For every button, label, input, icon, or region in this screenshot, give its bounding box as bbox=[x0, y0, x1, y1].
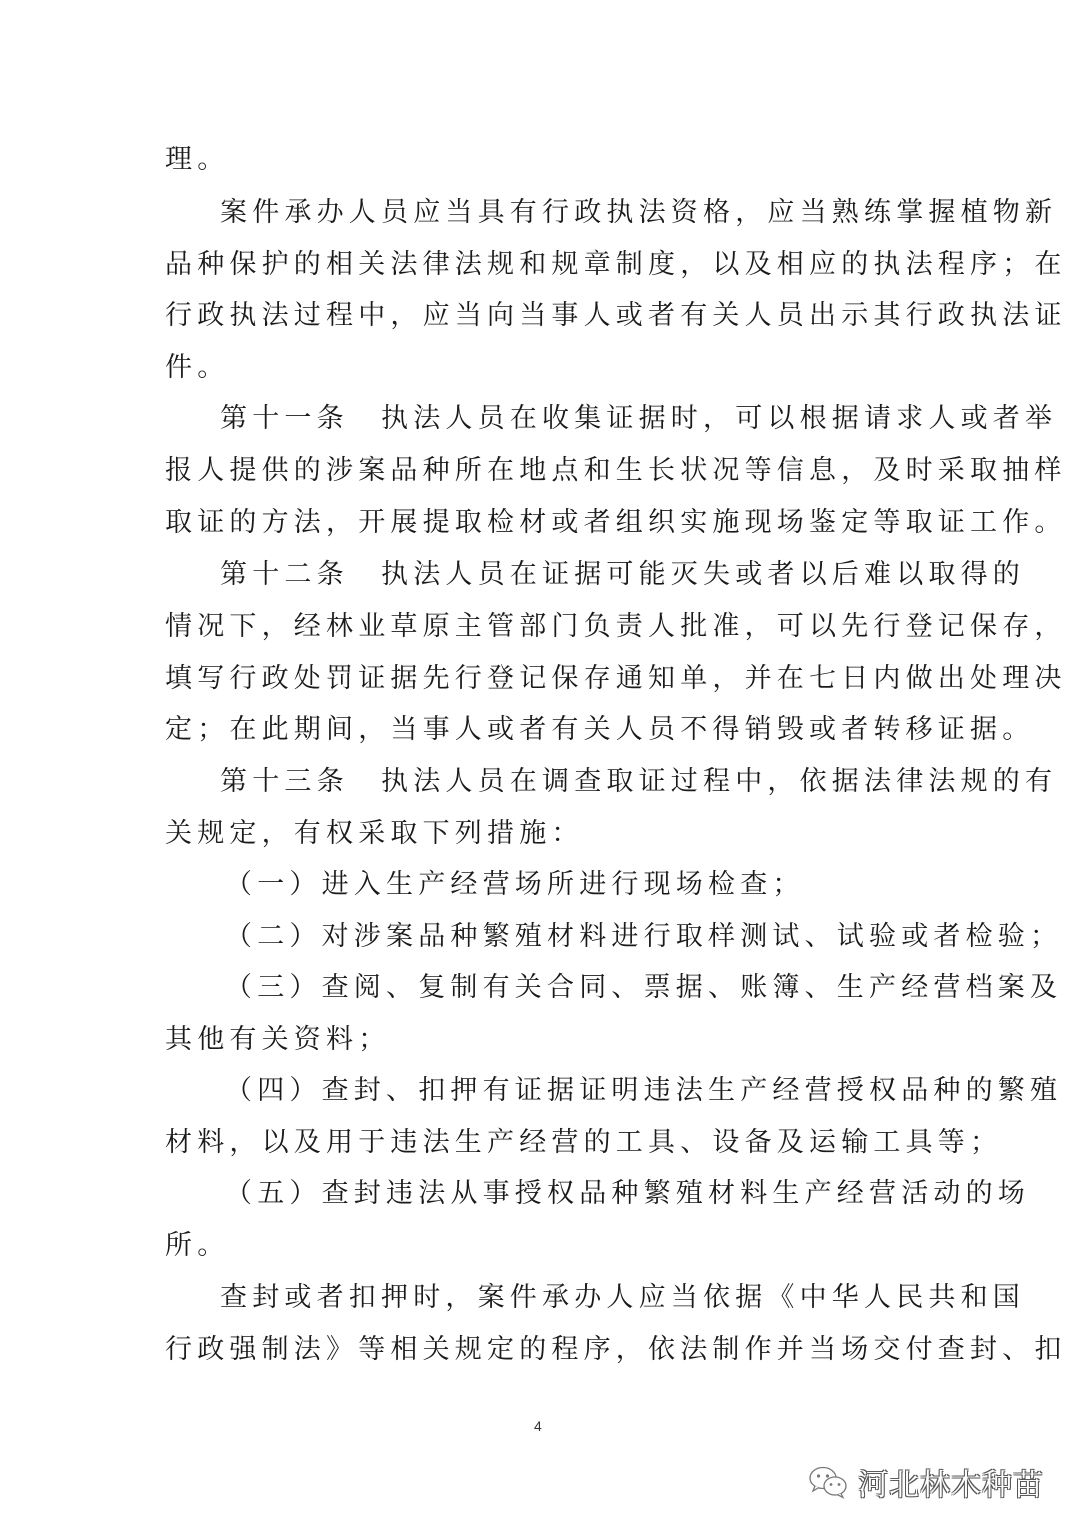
text-line: 查封或者扣押时，案件承办人应当依据《中华人民共和国 bbox=[220, 1280, 970, 1316]
page-number: 4 bbox=[534, 1418, 542, 1434]
text-line: 所。 bbox=[165, 1228, 915, 1264]
article-11: 第十一条 执法人员在收集证据时，可以根据请求人或者举 bbox=[220, 401, 970, 437]
text-line: 理。 bbox=[165, 142, 915, 178]
text-line: 其他有关资料； bbox=[165, 1022, 915, 1058]
list-item-1: （一）进入生产经营场所进行现场检查； bbox=[225, 867, 975, 903]
list-item-3: （三）查阅、复制有关合同、票据、账簿、生产经营档案及 bbox=[225, 970, 975, 1006]
list-item-4: （四）查封、扣押有证据证明违法生产经营授权品种的繁殖 bbox=[225, 1073, 975, 1109]
watermark: 河北林木种苗 bbox=[808, 1462, 1044, 1502]
text-line: 行政强制法》等相关规定的程序，依法制作并当场交付查封、扣 bbox=[165, 1332, 915, 1368]
text-line: 报人提供的涉案品种所在地点和生长状况等信息，及时采取抽样 bbox=[165, 453, 915, 489]
text-line: 案件承办人员应当具有行政执法资格，应当熟练掌握植物新 bbox=[220, 195, 970, 231]
text-line: 行政执法过程中，应当向当事人或者有关人员出示其行政执法证 bbox=[165, 298, 915, 334]
text-line: 取证的方法，开展提取检材或者组织实施现场鉴定等取证工作。 bbox=[165, 505, 915, 541]
text-line: 材料，以及用于违法生产经营的工具、设备及运输工具等； bbox=[165, 1125, 915, 1161]
text-line: 品种保护的相关法律法规和规章制度，以及相应的执法程序；在 bbox=[165, 247, 915, 283]
wechat-icon bbox=[808, 1465, 850, 1499]
text-line: 填写行政处罚证据先行登记保存通知单，并在七日内做出处理决 bbox=[165, 661, 915, 697]
text-line: 情况下，经林业草原主管部门负责人批准，可以先行登记保存， bbox=[165, 609, 915, 645]
article-13: 第十三条 执法人员在调查取证过程中，依据法律法规的有 bbox=[220, 764, 970, 800]
text-line: 关规定，有权采取下列措施： bbox=[165, 816, 915, 852]
watermark-text: 河北林木种苗 bbox=[858, 1460, 1044, 1504]
text-line: 件。 bbox=[165, 350, 915, 386]
list-item-5: （五）查封违法从事授权品种繁殖材料生产经营活动的场 bbox=[225, 1176, 975, 1212]
list-item-2: （二）对涉案品种繁殖材料进行取样测试、试验或者检验； bbox=[225, 919, 975, 955]
text-line: 定；在此期间，当事人或者有关人员不得销毁或者转移证据。 bbox=[165, 712, 915, 748]
document-page: 理。 案件承办人员应当具有行政执法资格，应当熟练掌握植物新 品种保护的相关法律法… bbox=[0, 0, 1080, 1527]
article-12: 第十二条 执法人员在证据可能灭失或者以后难以取得的 bbox=[220, 557, 970, 593]
